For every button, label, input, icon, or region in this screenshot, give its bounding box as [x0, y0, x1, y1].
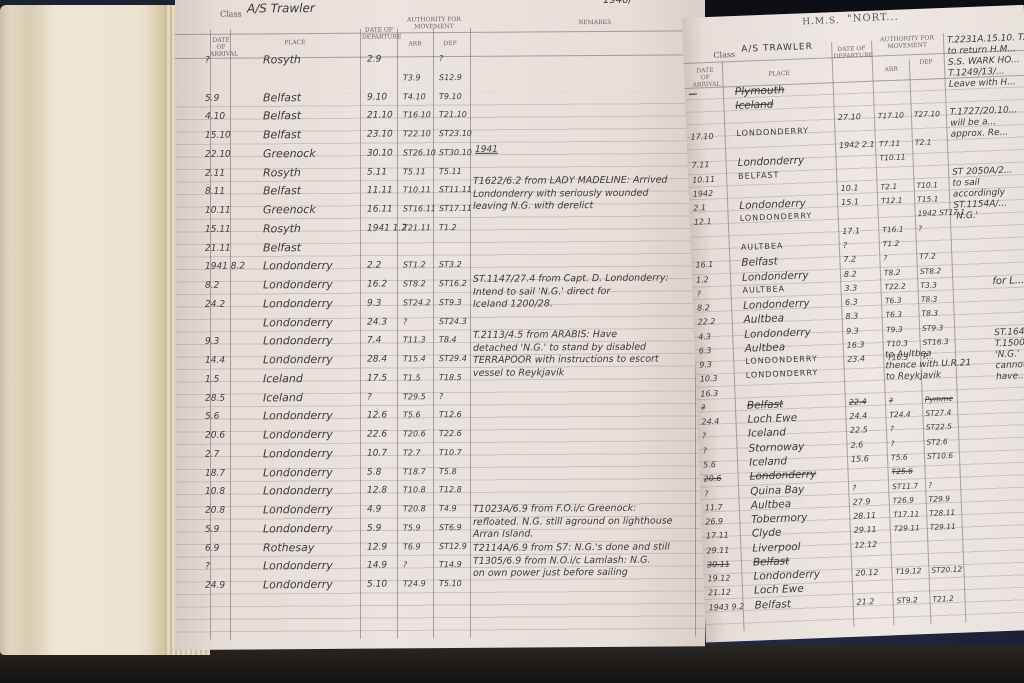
ship-label: H.M.S.	[802, 16, 840, 27]
cell-authority-dep: T5.10	[439, 579, 462, 588]
cell-authority-arr: T2.1	[880, 182, 897, 192]
header-date-arrival: Date of Arrival	[210, 37, 232, 58]
cell-place: Londonderry	[263, 578, 333, 591]
cell-arrival: ?	[701, 403, 706, 412]
cell-departure: 9.3	[846, 326, 859, 335]
remark-line: T1622/6.2 from LADY MADELINE: Arrived	[473, 175, 667, 189]
remark-line: Iceland 1200/28.	[473, 298, 669, 312]
cell-authority-arr: T29.11	[894, 523, 920, 533]
cell-place: Belfast	[263, 91, 301, 104]
header-date-arrival: Date of Arrival	[692, 67, 719, 89]
cell-departure: 16.11	[367, 204, 393, 214]
header-arr: Arr	[405, 40, 425, 47]
cell-arrival: —	[689, 89, 697, 98]
cell-authority-dep: T12.8	[439, 485, 462, 494]
cell-arrival: ?	[696, 289, 701, 298]
cell-arrival: 16.1	[695, 260, 713, 270]
cell-authority-arr: ?	[883, 253, 887, 262]
cell-departure: 8.2	[844, 269, 857, 278]
remark-entry: to Aultbea thence with U.R.21 to Reykjav…	[885, 347, 972, 383]
cell-authority-dep: ST2.6	[926, 437, 948, 447]
cell-authority-dep: T10.1	[916, 180, 938, 190]
cell-authority-arr: ?	[403, 560, 407, 569]
cell-authority-arr: T4.10	[403, 92, 426, 101]
cell-authority-dep: T8.3	[921, 308, 938, 318]
cell-place: AULTBEA	[742, 284, 785, 295]
remark-entry: T1622/6.2 from LADY MADELINE: Arrived Lo…	[473, 175, 667, 214]
cell-departure: 28.4	[367, 355, 387, 365]
cell-place: Londonderry	[753, 568, 820, 583]
cell-arrival: 17.11	[706, 531, 729, 541]
cell-place: Londonderry	[263, 409, 333, 422]
cell-departure: 12.12	[854, 540, 877, 550]
cell-departure: 21.2	[856, 597, 874, 607]
cell-authority-dep: T3.3	[920, 280, 937, 290]
cell-place: Belfast	[747, 398, 784, 411]
remark-line: refloated. N.G. still aground on lightho…	[473, 515, 673, 529]
cell-authority-dep: ST23.10	[439, 129, 472, 138]
remark-line: Arran Island.	[473, 528, 673, 542]
remark-line: ST.1147/27.4 from Capt. D. Londonderry:	[473, 273, 669, 287]
cell-arrival: 20.6	[704, 474, 722, 484]
cell-authority-arr: T22.10	[403, 129, 431, 138]
cell-authority-arr: T2.7	[403, 448, 421, 457]
remark-line: 'N.G.'	[954, 209, 1015, 222]
class-value: A/S Trawler	[247, 1, 315, 15]
cell-authority-dep: ST16.3	[922, 337, 948, 347]
cell-authority-dep: T10.7	[439, 448, 462, 457]
cell-authority-arr: T5.6	[891, 453, 908, 463]
cell-departure: 22.6	[367, 430, 387, 440]
cell-arrival: 5.6	[205, 412, 219, 422]
cell-place: Liverpool	[752, 541, 801, 555]
cell-authority-arr: ST1.2	[403, 260, 426, 269]
cell-arrival: 29.11	[706, 546, 729, 556]
column-divider	[360, 29, 361, 639]
cell-departure: 14.9	[367, 561, 387, 571]
cell-departure: 12.8	[367, 486, 387, 496]
cell-arrival: 12.1	[694, 217, 712, 227]
header-authority: Authority for Movement	[400, 16, 468, 30]
cell-authority-arr: T18.7	[403, 467, 426, 476]
header-dep: Dep	[916, 58, 936, 66]
remark-line: ST 2050A/2...	[952, 165, 1013, 178]
cell-authority-arr: T29.5	[403, 392, 426, 401]
cell-arrival: 22.10	[205, 150, 231, 160]
cell-authority-dep: ST30.10	[439, 148, 472, 157]
remark-entry: T.1727/20.10... will be a... approx. Re.…	[950, 105, 1019, 141]
cell-authority-dep: ST24.3	[439, 317, 467, 326]
cell-place: Rosyth	[263, 166, 301, 179]
cell-departure: 15.1	[841, 197, 859, 207]
remark-entry: T1023A/6.9 from F.O.i/c Greenock: refloa…	[473, 503, 673, 542]
cell-authority-arr: T6.3	[885, 296, 902, 306]
cell-authority-dep: T1.2	[439, 223, 457, 232]
cell-departure: 30.10	[367, 148, 393, 158]
cell-authority-arr: T16.10	[403, 110, 431, 119]
cell-departure: 12.9	[367, 543, 387, 553]
cell-arrival: 20.6	[205, 431, 225, 441]
cell-place: Londonderry	[739, 197, 806, 212]
cell-arrival: 8.2	[205, 281, 219, 291]
cell-arrival: 2.1	[693, 203, 706, 212]
cell-arrival: 7.11	[691, 160, 709, 170]
cell-authority-dep: ST17.11	[439, 204, 472, 213]
cell-arrival: 1942	[693, 189, 714, 199]
cell-departure: 17.1	[842, 226, 860, 236]
cell-authority-arr: ST24.2	[403, 298, 431, 307]
cell-place: Belfast	[263, 184, 301, 197]
cell-authority-arr: T1.2	[883, 239, 900, 249]
cell-departure: 10.1	[840, 183, 858, 193]
cell-place: Londonderry	[749, 468, 816, 483]
cell-authority-arr: T10.11	[879, 153, 905, 163]
cell-departure: 28.11	[853, 511, 876, 521]
cell-departure: 27.9	[853, 497, 871, 507]
cell-departure: 17.5	[367, 374, 387, 384]
remark-line: vessel to Reykjavik	[473, 366, 659, 380]
cell-place: Londonderry	[737, 154, 804, 169]
cell-place: Londonderry	[742, 269, 809, 284]
cell-authority-dep: T28.11	[929, 508, 955, 518]
cell-authority-dep: ST8.2	[920, 266, 942, 276]
cell-authority-dep: T5.11	[439, 167, 462, 176]
cell-authority-arr: ?	[890, 439, 894, 448]
cell-place: Greenock	[263, 147, 316, 160]
cell-place: Aultbea	[751, 498, 792, 512]
cell-authority-arr: ST9.2	[896, 595, 918, 605]
cell-authority-arr: T6.9	[403, 542, 421, 551]
cell-authority-arr: T17.11	[893, 509, 919, 519]
cell-departure: 2.2	[367, 261, 381, 271]
cell-arrival: 24.4	[701, 417, 719, 427]
cell-departure: 11.11	[367, 185, 393, 195]
cell-arrival: 16.3	[700, 389, 718, 399]
year-note: 1940/	[603, 0, 632, 6]
remark-entry: ST.1147/27.4 from Capt. D. Londonderry: …	[473, 273, 669, 312]
cell-place: Iceland	[749, 455, 787, 468]
cell-departure: 3.3	[844, 283, 857, 292]
cell-authority-arr: T16.1	[882, 225, 904, 235]
cell-place: Tobermory	[751, 512, 808, 526]
cell-place: Londonderry	[263, 297, 333, 310]
cell-authority-arr: T24.4	[889, 410, 911, 420]
cell-departure: 9.3	[367, 299, 381, 309]
cell-authority-arr: T24.9	[403, 579, 426, 588]
cell-arrival: 1.2	[696, 275, 709, 284]
cell-authority-dep: ?	[439, 392, 443, 401]
cell-authority-dep: T27.10	[914, 109, 940, 119]
cell-place: Clyde	[752, 527, 782, 540]
cell-authority-dep: ?	[928, 481, 932, 490]
cell-arrival: 24.2	[205, 300, 225, 310]
cell-place: Belfast	[753, 555, 790, 568]
cell-authority-arr: T19.12	[895, 566, 921, 576]
cell-authority-arr: T1.5	[403, 373, 421, 382]
cell-authority-arr: ?	[889, 396, 893, 405]
cell-authority-dep: S12.9	[439, 73, 462, 82]
cell-arrival: 21.12	[708, 588, 731, 598]
cell-departure: 16.3	[847, 340, 865, 350]
cell-authority-arr: ?	[403, 317, 407, 326]
cell-authority-dep: ST10.6	[927, 451, 953, 461]
cell-authority-arr: ST26.10	[403, 148, 436, 157]
cell-departure: 15.6	[851, 454, 869, 464]
cell-place: Belfast	[754, 598, 791, 611]
cell-arrival: 9.3	[205, 337, 219, 347]
header-date-departure: Date of Departure	[362, 26, 396, 40]
header-authority: Authority for Movement	[875, 34, 939, 50]
cell-place: Rosyth	[263, 222, 301, 235]
cell-departure: 22.4	[849, 397, 867, 407]
ship-name: "NORT...	[847, 12, 899, 25]
cell-arrival: 8.2	[697, 303, 710, 312]
header-arr: Arr	[881, 66, 901, 74]
column-divider	[470, 28, 471, 638]
cell-place: Loch Ewe	[754, 583, 804, 597]
cell-arrival: 5.9	[205, 94, 219, 104]
remark-line: T.1500	[995, 338, 1024, 350]
cell-authority-arr: T8.2	[884, 268, 901, 278]
remark-line: ST.1154A/...	[953, 198, 1014, 211]
remark-entry: ST 2050A/2... to sail accordingly ST.115…	[952, 165, 1015, 222]
cell-authority-dep: ST6.9	[439, 523, 462, 532]
cell-place: Londonderry	[263, 559, 333, 572]
cell-departure: 24.3	[367, 318, 387, 328]
cell-authority-arr: T26.9	[893, 495, 915, 505]
cell-authority-arr: T5.6	[403, 410, 421, 419]
column-divider	[433, 28, 434, 638]
cell-arrival: 22.2	[698, 317, 716, 327]
cell-arrival: 1.5	[205, 375, 219, 385]
cell-place: Quina Bay	[750, 484, 805, 498]
cell-authority-arr: T10.3	[886, 339, 908, 349]
cell-authority-dep: ST22.5	[926, 422, 952, 432]
cell-authority-dep: ST16.2	[439, 279, 467, 288]
cell-authority-dep: T8.4	[439, 335, 457, 344]
cell-authority-dep: T4.9	[439, 504, 457, 513]
cell-departure: 24.4	[849, 411, 867, 421]
cell-place: Iceland	[263, 372, 303, 385]
header-rule	[175, 30, 705, 35]
cell-authority-arr: T9.3	[886, 325, 903, 335]
cell-place: Loch Ewe	[747, 412, 797, 426]
cell-departure: 23.10	[367, 129, 393, 139]
cell-authority-dep: T2.1	[915, 138, 932, 148]
cell-authority-dep: ST11.11	[439, 185, 472, 194]
remark-line: Londonderry with seriously wounded	[473, 187, 667, 201]
cell-authority-arr: T21.11	[403, 223, 431, 232]
cell-departure: ?	[367, 393, 372, 403]
cell-arrival: 4.10	[205, 112, 225, 122]
cell-place: Belfast	[263, 128, 301, 141]
cell-place: AULTBEA	[741, 241, 784, 252]
cell-authority-arr: T7.11	[879, 139, 901, 149]
cell-authority-arr: ST11.7	[892, 481, 918, 491]
class-value: A/S TRAWLER	[741, 42, 813, 55]
cell-place: Londonderry	[263, 353, 333, 366]
cell-departure: ?	[852, 484, 857, 493]
cell-arrival: 28.5	[205, 394, 225, 404]
cell-departure: 1942 2.1	[839, 140, 875, 150]
cell-authority-dep: T9.10	[439, 92, 462, 101]
cell-departure: 2.6	[850, 440, 863, 449]
remark-entry: ST.1640 T.1500 'N.G.' cannot have...	[994, 327, 1024, 383]
cell-authority-arr: ST16.11	[403, 204, 436, 213]
column-divider	[397, 28, 398, 638]
cell-arrival: 26.9	[705, 517, 723, 527]
cell-arrival: ?	[702, 431, 707, 440]
cell-departure: 10.7	[367, 449, 387, 459]
remark-entry: T.2231A.15.10. T... to return H.M... S.S…	[947, 33, 1024, 91]
cell-place: Londonderry	[263, 428, 333, 441]
cell-place: Plymouth	[735, 84, 785, 98]
cell-arrival: ?	[704, 489, 709, 498]
cell-authority-arr: T11.3	[403, 335, 426, 344]
cell-place: Belfast	[263, 109, 301, 122]
cell-arrival: 24.9	[205, 581, 225, 591]
remark-line: T2114A/6.9 from S7: N.G.'s done and stil…	[473, 542, 670, 556]
cell-departure: 6.3	[845, 297, 858, 306]
cell-place: Londonderry	[263, 259, 333, 272]
cell-arrival: 14.4	[205, 356, 225, 366]
cell-arrival: 15.11	[205, 225, 231, 235]
cell-authority-dep: Pymme	[925, 394, 954, 404]
cell-authority-arr: ?	[890, 424, 894, 433]
cell-place: Londonderry	[263, 466, 333, 479]
cell-place: Aultbea	[745, 341, 786, 355]
cell-authority-arr: T22.2	[884, 282, 906, 292]
cell-place: Aultbea	[743, 312, 784, 326]
cell-authority-arr: T6.3	[885, 310, 902, 320]
cell-authority-dep: ST27.4	[925, 408, 951, 418]
cell-authority-dep: ST29.4	[439, 354, 467, 363]
cell-arrival: 2.7	[205, 450, 219, 460]
cell-arrival: 18.7	[205, 469, 225, 479]
cell-authority-arr: T10.8	[403, 485, 426, 494]
cell-departure: 5.10	[367, 580, 387, 590]
cell-departure: 4.9	[367, 505, 381, 515]
cell-authority-arr: T25.6	[891, 466, 913, 476]
cell-authority-arr: T5.11	[403, 167, 426, 176]
cell-arrival: 15.10	[205, 131, 231, 141]
cell-place: Rosyth	[263, 53, 301, 66]
cell-authority-dep: T21.10	[439, 110, 467, 119]
remark-line: leaving N.G. with derelict	[473, 200, 667, 214]
class-label: Class	[220, 10, 242, 19]
remark-line: for L...	[992, 275, 1024, 289]
cell-authority-dep: T29.11	[930, 522, 956, 532]
cell-authority-dep: ST3.2	[439, 260, 462, 269]
cell-arrival: 30.11	[707, 560, 730, 570]
cell-authority-arr: T5.9	[403, 523, 421, 532]
cell-arrival: ?	[702, 446, 707, 455]
header-place: PLACE	[265, 39, 325, 46]
cell-place: Londonderry	[263, 503, 333, 516]
header-place: PLACE	[759, 70, 799, 79]
cell-authority-dep: ?	[918, 224, 922, 233]
cell-authority-dep: T8.3	[921, 294, 938, 304]
remark-line: TERRAPOOR with instructions to escort	[473, 354, 659, 368]
remark-entry: T.2113/4.5 from ARABIS: Have detached 'N…	[473, 329, 659, 380]
remark-entry: for L...	[992, 275, 1024, 289]
cell-departure: 21.10	[367, 110, 393, 120]
cell-place: Londonderry	[263, 522, 333, 535]
cell-arrival: 1941 8.2	[205, 262, 245, 272]
cell-arrival: 20.8	[205, 506, 225, 516]
cell-place: Belfast	[263, 241, 301, 254]
cell-place: Londonderry	[263, 316, 333, 329]
cell-place: Londonderry	[744, 326, 811, 341]
cell-departure: 20.12	[855, 568, 878, 578]
cell-place: Stornoway	[748, 441, 804, 455]
cell-departure: ?	[843, 241, 848, 250]
cell-authority-dep: T7.2	[919, 251, 936, 261]
cell-arrival: 5.9	[205, 525, 219, 535]
header-dep: Dep	[440, 40, 460, 47]
cell-arrival: 5.6	[703, 460, 716, 469]
cell-arrival: 6.9	[205, 544, 219, 554]
cell-authority-arr: T10.11	[403, 185, 431, 194]
cell-authority-arr: T17.10	[878, 111, 904, 121]
cell-place: Rothesay	[263, 541, 314, 554]
cell-arrival: 10.11	[692, 175, 715, 185]
cell-departure: 12.6	[367, 411, 387, 421]
cell-authority-arr: T15.4	[403, 354, 426, 363]
cell-authority-arr: T20.8	[403, 504, 426, 513]
cell-departure: 22.5	[850, 425, 868, 435]
cell-place: Greenock	[263, 203, 316, 216]
cell-place: Londonderry	[263, 334, 333, 347]
cell-place: Belfast	[741, 256, 778, 269]
cell-arrival: 10.8	[205, 487, 225, 497]
cell-place: Londonderry	[263, 484, 333, 497]
class-label: Class	[713, 50, 735, 60]
ledger-page-right: H.M.S. "NORT... Class A/S TRAWLER Date o…	[682, 5, 1024, 643]
ledger-page-left: Class A/S Trawler 1940/ Date of Arrival …	[175, 0, 705, 650]
cell-arrival: 17.10	[690, 132, 713, 142]
cell-place: Iceland	[735, 99, 773, 112]
cell-departure: 8.3	[845, 311, 858, 320]
cell-arrival: 19.12	[707, 574, 730, 584]
cell-departure: 5.11	[367, 168, 387, 178]
cell-arrival: 1943 9.2	[708, 602, 744, 612]
cell-authority-dep: T15.1	[917, 194, 939, 204]
cell-authority-dep: T14.9	[439, 560, 462, 569]
cell-departure: 1941 1.2	[367, 223, 407, 233]
header-remarks: REMARKS	[555, 19, 635, 27]
cell-departure: 2.9	[367, 55, 381, 65]
cell-place: Londonderry	[743, 297, 810, 312]
cell-arrival: 21.11	[205, 244, 231, 254]
remark-line: 1941	[475, 145, 498, 155]
cell-authority-dep: ST9.3	[439, 298, 462, 307]
cell-authority-dep: ST20.12	[931, 565, 962, 575]
cell-place: Iceland	[748, 426, 786, 439]
cell-place: Iceland	[263, 391, 303, 404]
cell-authority-dep: T5.8	[439, 467, 457, 476]
cell-arrival: ?	[205, 56, 210, 66]
cell-authority-arr: ST8.2	[403, 279, 426, 288]
cell-place: BELFAST	[738, 170, 780, 181]
cell-departure: 29.11	[854, 525, 877, 535]
cell-arrival: 4.3	[698, 332, 711, 341]
cell-departure: 5.8	[367, 468, 381, 478]
cell-authority-dep: T12.6	[439, 410, 462, 419]
cell-departure: 16.2	[367, 280, 387, 290]
cell-place: Londonderry	[263, 278, 333, 291]
cell-authority-dep: ST9.3	[922, 323, 944, 333]
